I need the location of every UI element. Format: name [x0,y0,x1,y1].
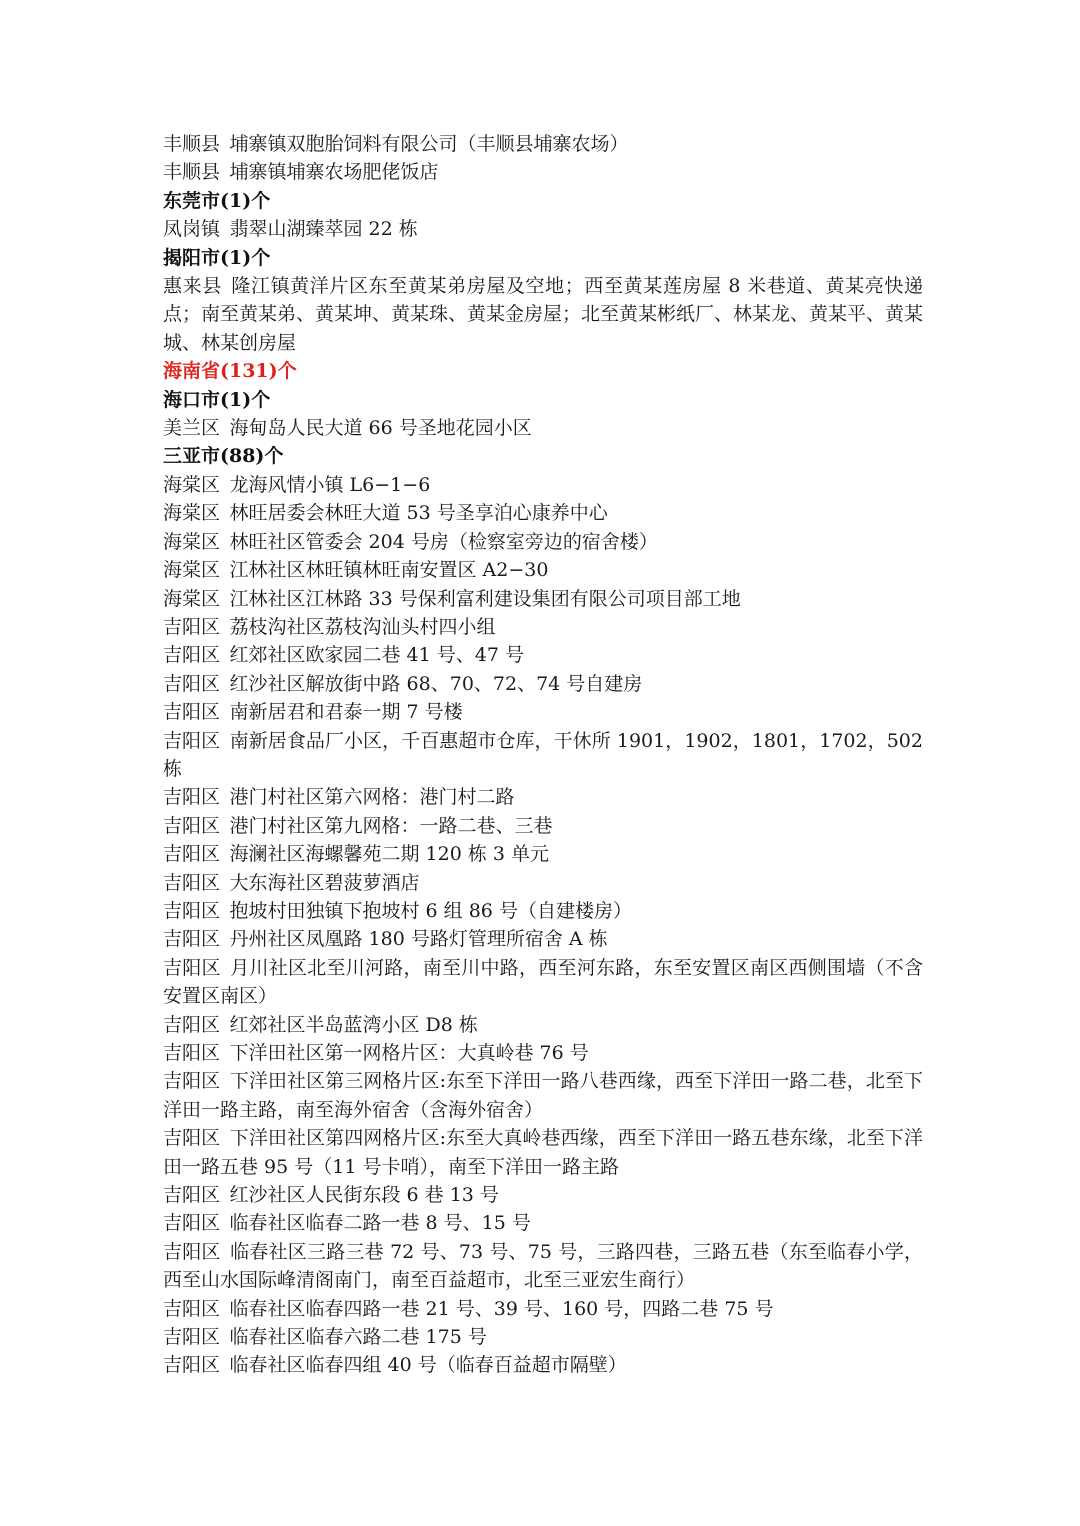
address-text: 下洋田社区第四网格片区:东至大真岭巷西缘，西至下洋田一路五巷东缘，北至下洋田一路… [163,1127,923,1177]
address-text: 月川社区北至川河路，南至川中路，西至河东路，东至安置区南区西侧围墙（不含安置区南… [163,957,923,1007]
address-entry: 吉阳区临春社区临春六路二巷 175 号 [163,1323,923,1351]
address-text: 港门村社区第九网格：一路二巷、三巷 [230,815,553,837]
district-label: 海棠区 [163,588,220,610]
district-label: 吉阳区 [163,928,220,950]
address-text: 海甸岛人民大道 66 号圣地花园小区 [230,417,532,439]
address-text: 南新居食品厂小区，千百惠超市仓库，干休所 1901，1902，1801，1702… [163,730,923,780]
address-text: 海澜社区海螺馨苑二期 120 栋 3 单元 [230,843,550,865]
district-label: 吉阳区 [163,1212,220,1234]
address-entry: 吉阳区红郊社区半岛蓝湾小区 D8 栋 [163,1011,923,1039]
district-label: 海棠区 [163,502,220,524]
address-text: 林旺居委会林旺大道 53 号圣享泊心康养中心 [230,502,608,524]
address-entry: 海棠区江林社区江林路 33 号保利富利建设集团有限公司项目部工地 [163,585,923,613]
address-entry: 丰顺县埔寨镇埔寨农场肥佬饭店 [163,158,923,186]
address-entry: 吉阳区港门村社区第九网格：一路二巷、三巷 [163,812,923,840]
address-entry: 丰顺县埔寨镇双胞胎饲料有限公司（丰顺县埔寨农场） [163,130,923,158]
address-entry: 吉阳区下洋田社区第一网格片区：大真岭巷 76 号 [163,1039,923,1067]
district-label: 惠来县 [163,275,222,297]
district-label: 海棠区 [163,531,220,553]
address-text: 临春社区临春四组 40 号（临春百益超市隔壁） [230,1354,627,1376]
address-text: 红郊社区半岛蓝湾小区 D8 栋 [230,1014,478,1036]
address-text: 红郊社区欧家园二巷 41 号、47 号 [230,644,524,666]
district-label: 吉阳区 [163,900,220,922]
address-text: 下洋田社区第一网格片区：大真岭巷 76 号 [230,1042,589,1064]
district-label: 吉阳区 [163,616,220,638]
address-text: 埔寨镇双胞胎饲料有限公司（丰顺县埔寨农场） [230,133,629,155]
province-heading: 海南省(131)个 [163,357,923,385]
district-label: 海棠区 [163,474,220,496]
district-label: 吉阳区 [163,872,220,894]
district-label: 吉阳区 [163,1298,220,1320]
address-text: 丹州社区凤凰路 180 号路灯管理所宿舍 A 栋 [230,928,608,950]
district-label: 丰顺县 [163,161,220,183]
address-text: 隆江镇黄洋片区东至黄某弟房屋及空地；西至黄某莲房屋 8 米巷道、黄某亮快递点；南… [163,275,923,354]
address-entry: 海棠区林旺居委会林旺大道 53 号圣享泊心康养中心 [163,499,923,527]
address-entry: 吉阳区下洋田社区第四网格片区:东至大真岭巷西缘，西至下洋田一路五巷东缘，北至下洋… [163,1124,923,1181]
district-label: 丰顺县 [163,133,220,155]
city-heading: 揭阳市(1)个 [163,244,923,272]
address-text: 抱坡村田独镇下抱坡村 6 组 86 号（自建楼房） [230,900,632,922]
address-entry: 吉阳区月川社区北至川河路，南至川中路，西至河东路，东至安置区南区西侧围墙（不含安… [163,954,923,1011]
address-text: 临春社区临春二路一巷 8 号、15 号 [230,1212,531,1234]
address-entry: 吉阳区红沙社区解放街中路 68、70、72、74 号自建房 [163,670,923,698]
address-text: 翡翠山湖臻萃园 22 栋 [230,218,418,240]
address-text: 临春社区三路三巷 72 号、73 号、75 号，三路四巷，三路五巷（东至临春小学… [163,1241,923,1291]
address-text: 临春社区临春四路一巷 21 号、39 号、160 号，四路二巷 75 号 [230,1298,774,1320]
district-label: 吉阳区 [163,1070,220,1092]
address-entry: 吉阳区临春社区临春二路一巷 8 号、15 号 [163,1209,923,1237]
address-entry: 吉阳区南新居君和君泰一期 7 号楼 [163,698,923,726]
address-entry: 吉阳区临春社区临春四路一巷 21 号、39 号、160 号，四路二巷 75 号 [163,1295,923,1323]
address-text: 荔枝沟社区荔枝沟汕头村四小组 [230,616,496,638]
address-entry: 凤岗镇翡翠山湖臻萃园 22 栋 [163,215,923,243]
address-entry: 吉阳区丹州社区凤凰路 180 号路灯管理所宿舍 A 栋 [163,925,923,953]
address-entry: 吉阳区荔枝沟社区荔枝沟汕头村四小组 [163,613,923,641]
district-label: 吉阳区 [163,786,220,808]
district-label: 凤岗镇 [163,218,220,240]
address-text: 南新居君和君泰一期 7 号楼 [230,701,463,723]
address-entry: 吉阳区红郊社区欧家园二巷 41 号、47 号 [163,641,923,669]
address-entry: 吉阳区港门村社区第六网格：港门村二路 [163,783,923,811]
address-text: 江林社区林旺镇林旺南安置区 A2−30 [230,559,549,581]
district-label: 吉阳区 [163,1184,220,1206]
document-page: 丰顺县埔寨镇双胞胎饲料有限公司（丰顺县埔寨农场）丰顺县埔寨镇埔寨农场肥佬饭店东莞… [163,130,923,1380]
district-label: 吉阳区 [163,1014,220,1036]
address-text: 大东海社区碧菠萝酒店 [230,872,420,894]
address-entry: 吉阳区下洋田社区第三网格片区:东至下洋田一路八巷西缘，西至下洋田一路二巷，北至下… [163,1067,923,1124]
district-label: 海棠区 [163,559,220,581]
address-text: 龙海风情小镇 L6−1−6 [230,474,431,496]
district-label: 吉阳区 [163,1241,221,1263]
address-entry: 吉阳区大东海社区碧菠萝酒店 [163,869,923,897]
address-entry: 吉阳区南新居食品厂小区，千百惠超市仓库，干休所 1901，1902，1801，1… [163,727,923,784]
district-label: 吉阳区 [163,644,220,666]
address-entry: 吉阳区红沙社区人民街东段 6 巷 13 号 [163,1181,923,1209]
address-text: 临春社区临春六路二巷 175 号 [230,1326,487,1348]
district-label: 吉阳区 [163,815,220,837]
district-label: 吉阳区 [163,730,220,752]
district-label: 吉阳区 [163,1354,220,1376]
district-label: 吉阳区 [163,1326,220,1348]
address-text: 埔寨镇埔寨农场肥佬饭店 [230,161,439,183]
district-label: 吉阳区 [163,1127,220,1149]
address-text: 红沙社区解放街中路 68、70、72、74 号自建房 [230,673,643,695]
address-entry: 海棠区林旺社区管委会 204 号房（检察室旁边的宿舍楼） [163,528,923,556]
address-entry: 美兰区海甸岛人民大道 66 号圣地花园小区 [163,414,923,442]
district-label: 吉阳区 [163,843,220,865]
district-label: 美兰区 [163,417,220,439]
city-heading: 海口市(1)个 [163,386,923,414]
address-text: 林旺社区管委会 204 号房（检察室旁边的宿舍楼） [230,531,658,553]
address-text: 下洋田社区第三网格片区:东至下洋田一路八巷西缘，西至下洋田一路二巷，北至下洋田一… [163,1070,923,1120]
address-text: 红沙社区人民街东段 6 巷 13 号 [230,1184,499,1206]
district-label: 吉阳区 [163,957,221,979]
district-label: 吉阳区 [163,1042,220,1064]
city-heading: 东莞市(1)个 [163,187,923,215]
district-label: 吉阳区 [163,673,220,695]
address-text: 港门村社区第六网格：港门村二路 [230,786,515,808]
address-text: 江林社区江林路 33 号保利富利建设集团有限公司项目部工地 [230,588,741,610]
address-entry: 吉阳区临春社区临春四组 40 号（临春百益超市隔壁） [163,1351,923,1379]
district-label: 吉阳区 [163,701,220,723]
address-entry: 海棠区龙海风情小镇 L6−1−6 [163,471,923,499]
address-entry: 吉阳区海澜社区海螺馨苑二期 120 栋 3 单元 [163,840,923,868]
city-heading: 三亚市(88)个 [163,442,923,470]
address-entry: 惠来县隆江镇黄洋片区东至黄某弟房屋及空地；西至黄某莲房屋 8 米巷道、黄某亮快递… [163,272,923,357]
address-entry: 海棠区江林社区林旺镇林旺南安置区 A2−30 [163,556,923,584]
address-entry: 吉阳区抱坡村田独镇下抱坡村 6 组 86 号（自建楼房） [163,897,923,925]
address-entry: 吉阳区临春社区三路三巷 72 号、73 号、75 号，三路四巷，三路五巷（东至临… [163,1238,923,1295]
